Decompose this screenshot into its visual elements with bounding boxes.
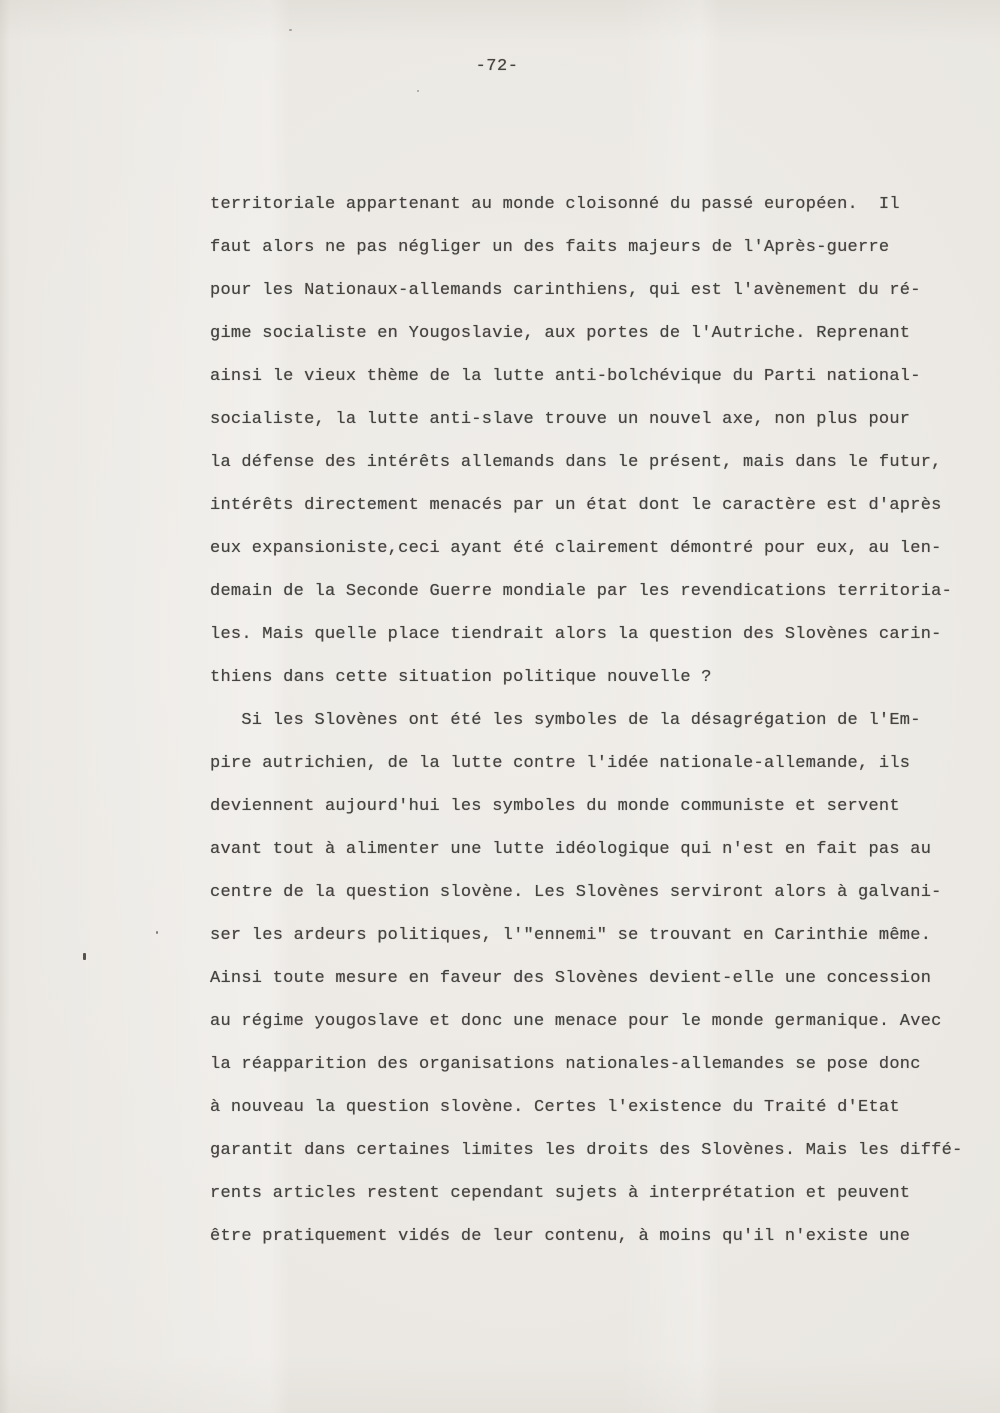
text-line: thiens dans cette situation politique no…: [210, 656, 970, 699]
ink-speck: [289, 29, 292, 31]
text-line: rents articles restent cependant sujets …: [210, 1172, 970, 1215]
document-page: -72- territoriale appartenant au monde c…: [0, 0, 1000, 1413]
text-line: pour les Nationaux-allemands carinthiens…: [210, 269, 970, 312]
text-block: territoriale appartenant au monde cloiso…: [210, 183, 970, 1258]
text-line: être pratiquement vidés de leur contenu,…: [210, 1215, 970, 1258]
text-line: pire autrichien, de la lutte contre l'id…: [210, 742, 970, 785]
text-line: à nouveau la question slovène. Certes l'…: [210, 1086, 970, 1129]
ink-speck: [83, 953, 86, 960]
text-line: territoriale appartenant au monde cloiso…: [210, 183, 970, 226]
text-line: au régime yougoslave et donc une menace …: [210, 1000, 970, 1043]
text-line: deviennent aujourd'hui les symboles du m…: [210, 785, 970, 828]
text-line: gime socialiste en Yougoslavie, aux port…: [210, 312, 970, 355]
text-line: demain de la Seconde Guerre mondiale par…: [210, 570, 970, 613]
text-line: la défense des intérêts allemands dans l…: [210, 441, 970, 484]
text-line: ainsi le vieux thème de la lutte anti-bo…: [210, 355, 970, 398]
text-line: la réapparition des organisations nation…: [210, 1043, 970, 1086]
text-line: Si les Slovènes ont été les symboles de …: [210, 699, 970, 742]
text-line: eux expansioniste,ceci ayant été clairem…: [210, 527, 970, 570]
text-line: Ainsi toute mesure en faveur des Slovène…: [210, 957, 970, 1000]
text-line: intérêts directement menacés par un état…: [210, 484, 970, 527]
ink-speck: [417, 90, 419, 92]
text-line: centre de la question slovène. Les Slovè…: [210, 871, 970, 914]
text-line: socialiste, la lutte anti-slave trouve u…: [210, 398, 970, 441]
text-line: ser les ardeurs politiques, l'"ennemi" s…: [210, 914, 970, 957]
text-line: garantit dans certaines limites les droi…: [210, 1129, 970, 1172]
text-line: avant tout à alimenter une lutte idéolog…: [210, 828, 970, 871]
text-line: faut alors ne pas négliger un des faits …: [210, 226, 970, 269]
text-line: les. Mais quelle place tiendrait alors l…: [210, 613, 970, 656]
page-number: -72-: [0, 57, 994, 76]
ink-speck: [156, 931, 158, 934]
